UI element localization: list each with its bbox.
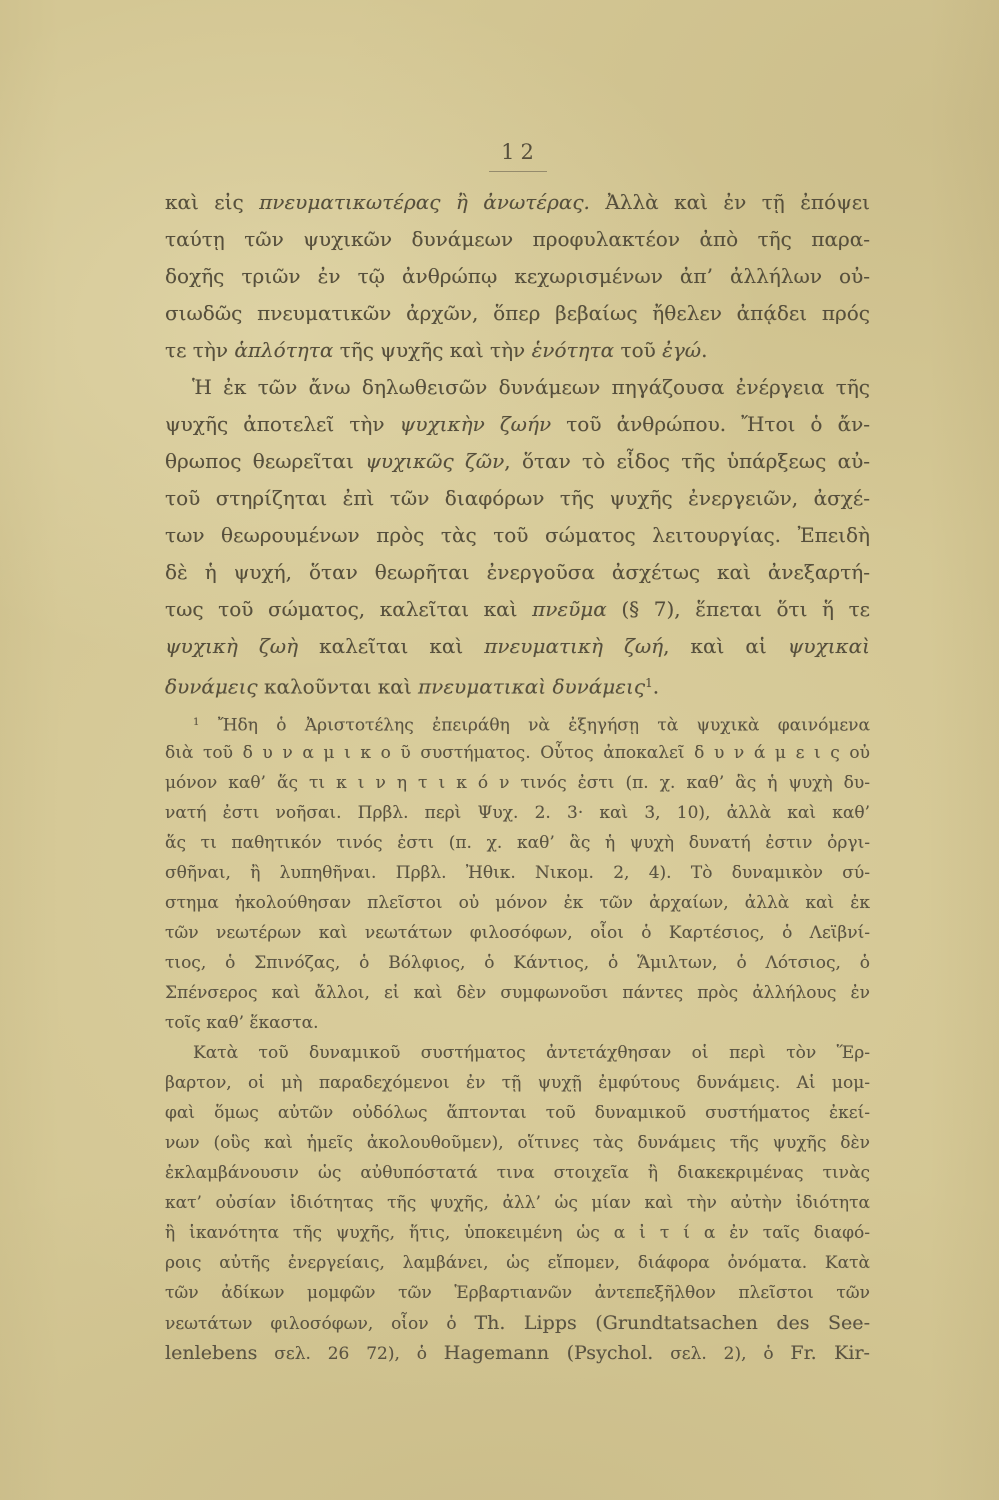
- text-run: των θεωρουμένων πρὸς τὰς τοῦ σώματος λει…: [165, 523, 870, 547]
- text-run: τοῦ στηρίζηται ἐπὶ τῶν διαφόρων τῆς ψυχῆ…: [165, 486, 870, 510]
- footnote-text-line: διὰ τοῦ δ υ ν α μ ι κ ο ῦ συστήματος. Οὗ…: [165, 738, 870, 768]
- footnote-text-line: Σπένσερος καὶ ἄλλοι, εἰ καὶ δὲν συμφωνοῦ…: [165, 978, 870, 1008]
- text-run: τοῦ ἀνθρώπου. Ἤτοι ὁ ἄν-: [551, 412, 870, 436]
- footnote-text-line: νων (οὓς καὶ ἡμεῖς ἀκολουθοῦμεν), οἵτινε…: [165, 1128, 870, 1158]
- text-run: ἐκλαμβάνουσιν ὡς αὐθυπόστατά τινα στοιχε…: [165, 1163, 870, 1183]
- text-run: , ὅταν τὸ εἶδος τῆς ὑπάρξεως αὐ-: [504, 449, 870, 473]
- text-run: τοῖς καθ’ ἕκαστα.: [165, 1013, 319, 1033]
- text-run: lenlebens: [165, 1342, 257, 1364]
- text-run: ψυχικαὶ: [788, 634, 870, 658]
- text-run: ἐγώ: [662, 338, 701, 362]
- footnote-text-line: ἢ ἱκανότητα τῆς ψυχῆς, ἥτις, ὑποκειμένη …: [165, 1218, 870, 1248]
- main-text-block: καὶ εἰς πνευματικωτέρας ἢ ἀνωτέρας. Ἀλλὰ…: [165, 184, 870, 702]
- footnote-text-line: τῶν νεωτέρων καὶ νεωτάτων φιλοσόφων, οἷο…: [165, 918, 870, 948]
- body-text-line: σιωδῶς πνευματικῶν ἀρχῶν, ὅπερ βεβαίως ἤ…: [165, 295, 870, 332]
- text-run: πνευματικαὶ δυνάμεις: [418, 675, 645, 699]
- text-run: ψυχικὴν ζωήν: [400, 412, 551, 436]
- footnote-text-line: τῶν ἀδίκων μομφῶν τῶν Ἑρβαρτιανῶν ἀντεπε…: [165, 1278, 870, 1308]
- footnote-text-line: νατή ἐστι νοῆσαι. Πρβλ. περὶ Ψυχ. 2. 3· …: [165, 798, 870, 828]
- text-run: τε τὴν: [165, 338, 234, 362]
- body-text-line: δυνάμεις καλοῦνται καὶ πνευματικαὶ δυνάμ…: [165, 665, 870, 702]
- body-text-line: των θεωρουμένων πρὸς τὰς τοῦ σώματος λει…: [165, 517, 870, 554]
- footnote-text-line: στημα ἠκολούθησαν πλεῖστοι οὐ μόνον ἐκ τ…: [165, 888, 870, 918]
- text-run: πνεῦμα: [532, 597, 607, 621]
- body-text-line: τοῦ στηρίζηται ἐπὶ τῶν διαφόρων τῆς ψυχῆ…: [165, 480, 870, 517]
- body-text-line: ψυχικὴ ζωὴ καλεῖται καὶ πνευματικὴ ζωή, …: [165, 628, 870, 665]
- text-run: .: [701, 338, 707, 362]
- page-header: 12: [165, 140, 870, 172]
- footnote-text-line: βαρτον, οἱ μὴ παραδεχόμενοι ἐν τῇ ψυχῇ ἐ…: [165, 1068, 870, 1098]
- text-run: νων (οὓς καὶ ἡμεῖς ἀκολουθοῦμεν), οἵτινε…: [165, 1133, 870, 1153]
- text-run: .: [653, 675, 659, 699]
- footnote-text-line: μόνον καθ’ ἅς τι κ ι ν η τ ι κ ό ν τινός…: [165, 768, 870, 798]
- text-run: νατή ἐστι νοῆσαι. Πρβλ. περὶ Ψυχ. 2. 3· …: [165, 803, 870, 823]
- footnote-text-line: φαὶ ὅμως αὐτῶν οὐδόλως ἅπτονται τοῦ δυνα…: [165, 1098, 870, 1128]
- text-run: ἑνότητα: [532, 338, 615, 362]
- text-run: καὶ εἰς: [165, 190, 259, 214]
- body-text-line: ταύτῃ τῶν ψυχικῶν δυνάμεων προφυλακτέον …: [165, 221, 870, 258]
- footnote-text-line: σθῆναι, ἢ λυπηθῆναι. Πρβλ. Ἠθικ. Νικομ. …: [165, 858, 870, 888]
- footnote-reference: 1: [645, 676, 653, 690]
- text-run: Fr. Kir-: [790, 1342, 870, 1364]
- text-run: ἅς τι παθητικόν τινός ἐστι (π. χ. καθ’ ἃ…: [165, 833, 870, 853]
- text-run: καλεῖται καὶ: [298, 634, 484, 658]
- text-run: σθῆναι, ἢ λυπηθῆναι. Πρβλ. Ἠθικ. Νικομ. …: [165, 863, 870, 883]
- footnote-text-line: τοῖς καθ’ ἕκαστα.: [165, 1008, 870, 1038]
- text-run: πνευματικὴ ζωή: [484, 634, 663, 658]
- footnote-block: 1 Ἤδη ὁ Ἀριστοτέλης ἐπειράθη νὰ ἐξηγήσῃ …: [165, 708, 870, 1368]
- text-run: πνευματικωτέρας ἢ ἀνωτέρας.: [259, 190, 590, 214]
- footnote-text-line: ροις αὐτῆς ἐνεργείαις, λαμβάνει, ὡς εἴπο…: [165, 1248, 870, 1278]
- page-number-rule: [489, 171, 547, 172]
- text-run: θρωπος θεωρεῖται: [165, 449, 365, 473]
- text-run: ψυχικὴ ζωὴ: [165, 634, 298, 658]
- text-run: Ἡ ἐκ τῶν ἄνω δηλωθεισῶν δυνάμεων πηγάζου…: [192, 375, 870, 399]
- text-run: τῶν νεωτέρων καὶ νεωτάτων φιλοσόφων, οἷο…: [165, 923, 870, 943]
- text-run: τοῦ: [614, 338, 662, 362]
- body-text-line: δοχῆς τριῶν ἐν τῷ ἀνθρώπῳ κεχωρισμένων ἀ…: [165, 258, 870, 295]
- text-run: καλοῦνται καὶ: [258, 675, 418, 699]
- body-text-line: δὲ ἡ ψυχή, ὅταν θεωρῆται ἐνεργοῦσα ἀσχέτ…: [165, 554, 870, 591]
- text-run: ἢ ἱκανότητα τῆς ψυχῆς, ἥτις, ὑποκειμένη …: [165, 1223, 870, 1243]
- text-run: ροις αὐτῆς ἐνεργείαις, λαμβάνει, ὡς εἴπο…: [165, 1253, 870, 1273]
- text-run: νεωτάτων φιλοσόφων, οἷον ὁ: [165, 1314, 474, 1334]
- footnote-text-line: 1 Ἤδη ὁ Ἀριστοτέλης ἐπειράθη νὰ ἐξηγήσῃ …: [165, 708, 870, 738]
- text-run: διὰ τοῦ δ υ ν α μ ι κ ο ῦ συστήματος. Οὗ…: [165, 743, 870, 763]
- text-run: δὲ ἡ ψυχή, ὅταν θεωρῆται ἐνεργοῦσα ἀσχέτ…: [165, 560, 870, 584]
- text-run: ψυχικῶς ζῶν: [365, 449, 504, 473]
- text-run: φαὶ ὅμως αὐτῶν οὐδόλως ἅπτονται τοῦ δυνα…: [165, 1103, 870, 1123]
- text-run: τιος, ὁ Σπινόζας, ὁ Βόλφιος, ὁ Κάντιος, …: [165, 953, 870, 973]
- text-run: Σπένσερος καὶ ἄλλοι, εἰ καὶ δὲν συμφωνοῦ…: [165, 983, 870, 1003]
- book-page: 12 καὶ εἰς πνευματικωτέρας ἢ ἀνωτέρας. Ἀ…: [0, 0, 999, 1500]
- text-run: τως τοῦ σώματος, καλεῖται καὶ: [165, 597, 532, 621]
- text-run: ταύτῃ τῶν ψυχικῶν δυνάμεων προφυλακτέον …: [165, 227, 870, 251]
- text-run: σιωδῶς πνευματικῶν ἀρχῶν, ὅπερ βεβαίως ἤ…: [165, 301, 870, 325]
- text-run: σελ. 26 72), ὁ: [257, 1344, 443, 1364]
- text-run: Hagemann (Psychol.: [444, 1342, 654, 1364]
- text-run: στημα ἠκολούθησαν πλεῖστοι οὐ μόνον ἐκ τ…: [165, 893, 870, 913]
- text-run: Ἤδη ὁ Ἀριστοτέλης ἐπειράθη νὰ ἐξηγήσῃ τὰ…: [199, 716, 870, 736]
- body-text-line: ψυχῆς ἀποτελεῖ τὴν ψυχικὴν ζωήν τοῦ ἀνθρ…: [165, 406, 870, 443]
- footnote-text-line: ἅς τι παθητικόν τινός ἐστι (π. χ. καθ’ ἃ…: [165, 828, 870, 858]
- text-run: δοχῆς τριῶν ἐν τῷ ἀνθρώπῳ κεχωρισμένων ἀ…: [165, 264, 870, 288]
- text-run: (§ 7), ἕπεται ὅτι ἥ τε: [607, 597, 870, 621]
- body-text-line: τε τὴν ἁπλότητα τῆς ψυχῆς καὶ τὴν ἑνότητ…: [165, 332, 870, 369]
- text-run: κατ’ οὐσίαν ἰδιότητας τῆς ψυχῆς, ἀλλ’ ὡς…: [165, 1193, 870, 1213]
- text-run: τῶν ἀδίκων μομφῶν τῶν Ἑρβαρτιανῶν ἀντεπε…: [165, 1283, 870, 1303]
- text-run: δυνάμεις: [165, 675, 258, 699]
- body-text-line: θρωπος θεωρεῖται ψυχικῶς ζῶν, ὅταν τὸ εἶ…: [165, 443, 870, 480]
- text-run: βαρτον, οἱ μὴ παραδεχόμενοι ἐν τῇ ψυχῇ ἐ…: [165, 1073, 870, 1093]
- text-run: ἁπλότητα: [234, 338, 333, 362]
- text-run: Κατὰ τοῦ δυναμικοῦ συστήματος ἀντετάχθησ…: [193, 1043, 870, 1063]
- text-run: ψυχῆς ἀποτελεῖ τὴν: [165, 412, 400, 436]
- footnote-text-line: ἐκλαμβάνουσιν ὡς αὐθυπόστατά τινα στοιχε…: [165, 1158, 870, 1188]
- text-run: Th. Lipps (Grundtatsachen des See-: [474, 1312, 870, 1334]
- body-text-line: τως τοῦ σώματος, καλεῖται καὶ πνεῦμα (§ …: [165, 591, 870, 628]
- footnote-text-line: lenlebens σελ. 26 72), ὁ Hagemann (Psych…: [165, 1338, 870, 1368]
- footnote-text-line: τιος, ὁ Σπινόζας, ὁ Βόλφιος, ὁ Κάντιος, …: [165, 948, 870, 978]
- footnote-text-line: Κατὰ τοῦ δυναμικοῦ συστήματος ἀντετάχθησ…: [165, 1038, 870, 1068]
- text-run: , καὶ αἱ: [663, 634, 788, 658]
- text-run: τῆς ψυχῆς καὶ τὴν: [333, 338, 531, 362]
- text-run: Ἀλλὰ καὶ ἐν τῇ ἐπόψει: [590, 190, 870, 214]
- text-run: σελ. 2), ὁ: [653, 1344, 790, 1364]
- page-number: 12: [495, 140, 540, 164]
- footnote-text-line: νεωτάτων φιλοσόφων, οἷον ὁ Th. Lipps (Gr…: [165, 1308, 870, 1338]
- footnote-text-line: κατ’ οὐσίαν ἰδιότητας τῆς ψυχῆς, ἀλλ’ ὡς…: [165, 1188, 870, 1218]
- text-run: μόνον καθ’ ἅς τι κ ι ν η τ ι κ ό ν τινός…: [165, 773, 870, 793]
- body-text-line: Ἡ ἐκ τῶν ἄνω δηλωθεισῶν δυνάμεων πηγάζου…: [165, 369, 870, 406]
- body-text-line: καὶ εἰς πνευματικωτέρας ἢ ἀνωτέρας. Ἀλλὰ…: [165, 184, 870, 221]
